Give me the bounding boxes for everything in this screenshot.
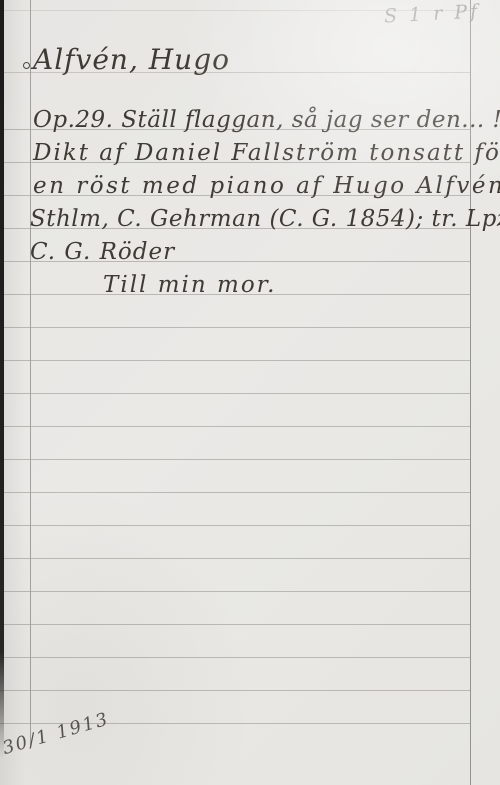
scan-edge — [0, 0, 4, 758]
card-line-printer: C. G. Röder — [30, 238, 175, 266]
scanned-catalog-card: S 1 r Pf Alfvén, Hugo Op.29. Ställ flagg… — [0, 0, 500, 785]
composer-heading: Alfvén, Hugo — [33, 44, 230, 76]
card-line-publisher: Sthlm, C. Gehrman (C. G. 1854); tr. Lpz. — [30, 205, 500, 233]
card-line-dedication: Till min mor. — [103, 271, 276, 299]
card-line-poem-author: Dikt af Daniel Fallström tonsatt för — [33, 139, 500, 167]
left-margin-line — [30, 0, 31, 746]
card-line-opus-title: Op.29. Ställ flaggan, så jag ser den... … — [33, 106, 500, 134]
card-line-voice-piano: en röst med piano af Hugo Alfvén. — [33, 172, 500, 200]
ring-mark — [23, 62, 30, 69]
shelfmark-pencil-note: S 1 r Pf — [383, 0, 480, 27]
